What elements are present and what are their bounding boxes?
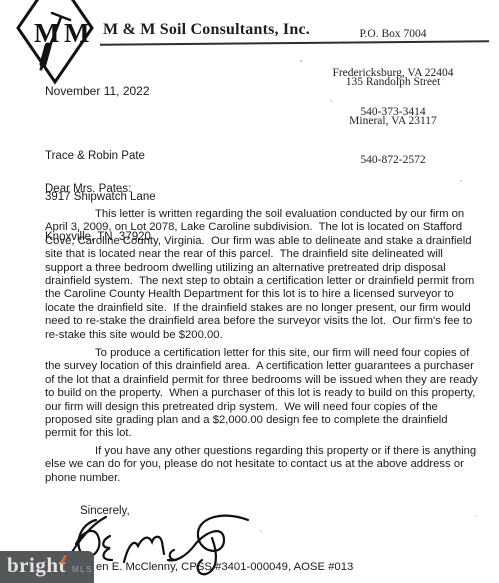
address-line: Mineral, VA 23117: [308, 115, 478, 128]
company-name: M & M Soil Consultants, Inc.: [103, 21, 310, 39]
logo-letter-right: M: [64, 18, 89, 48]
signer-credentials: en E. McClenny, CPSS #3401-000049, AOSE …: [96, 561, 353, 573]
bright-mls-suffix-text: MLS: [72, 565, 93, 574]
address-line: 135 Randolph Street: [308, 76, 478, 89]
letter-date: November 11, 2022: [45, 84, 150, 98]
bright-mls-logo-text: bright: [7, 553, 66, 578]
address-line: 540-872-2572: [308, 154, 478, 167]
bright-mls-watermark: bright MLS: [0, 551, 94, 583]
company-logo: M M: [15, 0, 95, 86]
body-paragraph-1: This letter is written regarding the soi…: [45, 208, 479, 342]
address-line: P.O. Box 7004: [308, 28, 478, 41]
body-paragraph-3: If you have any other questions regardin…: [45, 445, 479, 485]
scanned-letter-page: M M M & M Soil Consultants, Inc. P.O. Bo…: [0, 0, 499, 583]
scan-speckles: [300, 60, 302, 62]
office-address-mineral: 135 Randolph Street Mineral, VA 23117 54…: [308, 50, 478, 193]
body-paragraph-2: To produce a certification letter for th…: [45, 347, 479, 441]
recipient-name: Trace & Robin Pate: [45, 150, 156, 164]
salutation: Dear Mrs. Pates:: [45, 183, 131, 195]
